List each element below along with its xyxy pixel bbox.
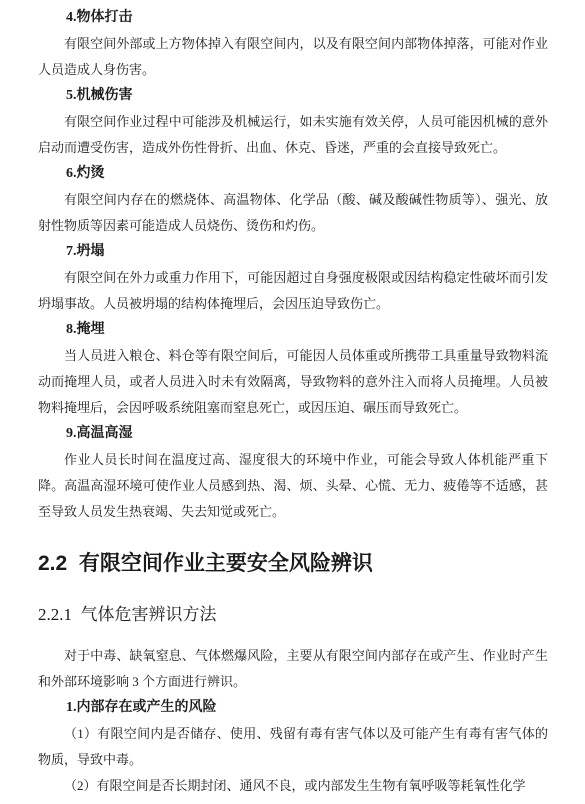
- paragraph: 当人员进入粮仓、料仓等有限空间后，可能因人员体重或所携带工具重量导致物料流动而掩…: [38, 343, 548, 421]
- document-body: 4.物体打击有限空间外部或上方物体掉入有限空间内，以及有限空间内部物体掉落，可能…: [38, 5, 548, 799]
- paragraph: 对于中毒、缺氧窒息、气体燃爆风险，主要从有限空间内部存在或产生、作业时产生和外部…: [38, 643, 548, 695]
- paragraph: （1）有限空间内是否储存、使用、残留有毒有害气体以及可能产生有毒有害气体的物质，…: [38, 721, 548, 773]
- numbered-subheading-6: 6.灼烫: [38, 161, 548, 187]
- numbered-subheading-5: 5.机械伤害: [38, 83, 548, 109]
- numbered-subheading-9: 9.高温高湿: [38, 421, 548, 447]
- paragraph: 有限空间在外力或重力作用下，可能因超过自身强度极限或因结构稳定性破坏而引发坍塌事…: [38, 265, 548, 317]
- section-heading-2-2: 2.2 有限空间作业主要安全风险辨识: [38, 549, 548, 579]
- paragraph: 有限空间作业过程中可能涉及机械运行，如未实施有效关停，人员可能因机械的意外启动而…: [38, 109, 548, 161]
- paragraph: 有限空间外部或上方物体掉入有限空间内，以及有限空间内部物体掉落，可能对作业人员造…: [38, 31, 548, 83]
- paragraph: 有限空间内存在的燃烧体、高温物体、化学品（酸、碱及酸碱性物质等）、强光、放射性物…: [38, 187, 548, 239]
- document-page: 4.物体打击有限空间外部或上方物体掉入有限空间内，以及有限空间内部物体掉落，可能…: [0, 0, 585, 804]
- numbered-subheading-7: 7.坍塌: [38, 239, 548, 265]
- numbered-subheading-4: 4.物体打击: [38, 5, 548, 31]
- subsection-heading-2-2-1: 2.2.1 气体危害辨识方法: [38, 603, 548, 627]
- paragraph: （2）有限空间是否长期封闭、通风不良，或内部发生生物有氧呼吸等耗氧性化学: [38, 773, 548, 799]
- paragraph: 作业人员长时间在温度过高、湿度很大的环境中作业，可能会导致人体机能严重下降。高温…: [38, 447, 548, 525]
- numbered-subheading-8: 8.掩埋: [38, 317, 548, 343]
- numbered-subheading-1: 1.内部存在或产生的风险: [38, 695, 548, 721]
